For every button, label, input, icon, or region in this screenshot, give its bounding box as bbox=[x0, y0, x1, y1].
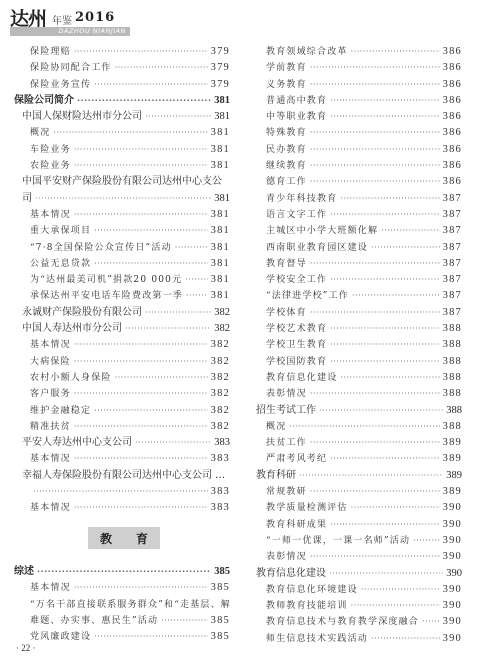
toc-entry-title: 常规教研 bbox=[266, 484, 307, 500]
toc-entry-title: 维护金融稳定 bbox=[30, 403, 91, 419]
toc-entry-page: 381 bbox=[211, 207, 230, 223]
page-number: · 22 · bbox=[16, 643, 36, 653]
toc-entry-page: 383 bbox=[214, 435, 230, 451]
toc-entry[interactable]: 特殊教育386 bbox=[256, 125, 462, 141]
toc-entry-title: 保险公司简介 bbox=[14, 93, 74, 109]
toc-entry[interactable]: 教育信息化建设388 bbox=[256, 370, 462, 386]
toc-entry-page: 388 bbox=[443, 370, 462, 386]
yearbook-header: 达州 年鉴 2016 DAZHOU NIANJIAN bbox=[10, 4, 130, 36]
leader-dots bbox=[310, 60, 440, 76]
toc-right-column: 教育领域综合改革386学前教育386义务教育386普通高中教育386中等职业教育… bbox=[256, 44, 462, 647]
leader-dots bbox=[74, 354, 208, 370]
leader-dots bbox=[371, 631, 440, 647]
toc-entry[interactable]: 保险理赔379 bbox=[14, 44, 230, 60]
toc-entry-title: 重大承保项目 bbox=[30, 223, 91, 239]
banner-char-left: 教 bbox=[100, 530, 112, 547]
leader-dots bbox=[330, 207, 439, 223]
leader-dots bbox=[330, 517, 439, 533]
toc-entry[interactable]: 教师教育技能培训390 bbox=[256, 598, 462, 614]
leader-dots bbox=[53, 125, 207, 141]
leader-dots bbox=[329, 566, 443, 582]
toc-entry[interactable]: 表彰情况388 bbox=[256, 386, 462, 402]
toc-entry-page: 381 bbox=[211, 223, 230, 239]
toc-entry-page: 386 bbox=[443, 109, 462, 125]
toc-entry[interactable]: 维护金融稳定382 bbox=[14, 403, 230, 419]
leader-dots bbox=[115, 60, 208, 76]
toc-entry-title: 平安人寿达州中心支公司 bbox=[22, 435, 132, 451]
toc-entry-page: 381 bbox=[211, 142, 230, 158]
toc-entry-title: 农险业务 bbox=[30, 158, 71, 174]
toc-entry[interactable]: 党风廉政建设385 bbox=[14, 629, 230, 645]
toc-entry-page: 390 bbox=[443, 598, 462, 614]
toc-entry-page: 389 bbox=[446, 468, 462, 484]
toc-entry-title: 表彰情况 bbox=[266, 549, 307, 565]
toc-entry-title: 基本情况 bbox=[30, 451, 71, 467]
toc-entry-title: 综述 bbox=[14, 564, 34, 580]
toc-entry[interactable]: 383 bbox=[14, 484, 230, 500]
leader-dots bbox=[351, 44, 440, 60]
leader-dots bbox=[310, 549, 440, 565]
toc-entry[interactable]: 学前教育386 bbox=[256, 60, 462, 76]
toc-entry-title: 幸福人寿保险股份有限公司达州中心支公司 … bbox=[22, 468, 225, 484]
toc-entry[interactable]: 基本情况381 bbox=[14, 207, 230, 223]
toc-entry[interactable]: 承保达州平安电话车险费改第一季381 bbox=[14, 288, 230, 304]
toc-entry[interactable]: 中国人保财险达州市分公司381 bbox=[14, 109, 230, 125]
toc-entry[interactable]: “7·8全国保险公众宣传日”活动381 bbox=[14, 240, 230, 256]
toc-entry-title: 客户服务 bbox=[30, 386, 71, 402]
toc-entry[interactable]: 概况381 bbox=[14, 125, 230, 141]
toc-entry-title: 教育领域综合改革 bbox=[266, 44, 348, 60]
toc-entry[interactable]: 学校体育387 bbox=[256, 305, 462, 321]
toc-entry-page: 386 bbox=[443, 125, 462, 141]
toc-entry-page: 381 bbox=[211, 158, 230, 174]
toc-entry[interactable]: 重大承保项目381 bbox=[14, 223, 230, 239]
toc-entry[interactable]: 招生考试工作388 bbox=[256, 403, 462, 419]
leader-dots bbox=[74, 500, 208, 516]
toc-entry-page: 382 bbox=[214, 305, 230, 321]
toc-entry[interactable]: 西南职业教育园区建设387 bbox=[256, 240, 462, 256]
leader-dots bbox=[310, 142, 440, 158]
toc-entry-title: 普通高中教育 bbox=[266, 93, 327, 109]
toc-entry-page: 385 bbox=[211, 613, 230, 629]
logo-yearbook-label: 年鉴 bbox=[52, 12, 72, 27]
toc-entry-page: 381 bbox=[214, 191, 230, 207]
toc-entry[interactable]: 表彰情况390 bbox=[256, 549, 462, 565]
leader-dots bbox=[185, 272, 207, 288]
toc-entry[interactable]: 幸福人寿保险股份有限公司达州中心支公司 … bbox=[14, 468, 230, 484]
leader-dots bbox=[361, 582, 440, 598]
toc-entry-title: 教育信息化建设 bbox=[256, 566, 326, 582]
toc-entry-page: 390 bbox=[443, 631, 462, 647]
toc-entry[interactable]: “一师一优课，一课一名师”活动390 bbox=[256, 533, 462, 549]
toc-entry[interactable]: 教学质量检测评估390 bbox=[256, 500, 462, 516]
leader-dots bbox=[352, 288, 440, 304]
toc-entry-title: 基本情况 bbox=[30, 580, 71, 596]
leader-dots bbox=[413, 533, 439, 549]
leader-dots bbox=[77, 93, 211, 109]
toc-entry[interactable]: 基本情况385 bbox=[14, 580, 230, 596]
leader-dots bbox=[310, 125, 440, 141]
leader-dots bbox=[175, 240, 208, 256]
toc-entry-title: 学校安全工作 bbox=[266, 272, 327, 288]
toc-entry-title: 学校国防教育 bbox=[266, 354, 327, 370]
toc-entry-page: 382 bbox=[211, 419, 230, 435]
toc-entry-page: 381 bbox=[211, 272, 230, 288]
toc-entry-title: 公益无息贷款 bbox=[30, 256, 91, 272]
toc-entry[interactable]: 综述385 bbox=[14, 564, 230, 580]
leader-dots bbox=[310, 484, 440, 500]
toc-entry-title: 教育督导 bbox=[266, 256, 307, 272]
toc-entry-title: 精准扶贫 bbox=[30, 419, 71, 435]
toc-entry-title: 中等职业教育 bbox=[266, 109, 327, 125]
toc-entry-title: 保险业务宣传 bbox=[30, 77, 91, 93]
leader-dots bbox=[330, 272, 439, 288]
toc-entry[interactable]: 农险业务381 bbox=[14, 158, 230, 174]
toc-entry[interactable]: 教育督导387 bbox=[256, 256, 462, 272]
toc-entry-title: 扶贫工作 bbox=[266, 435, 307, 451]
toc-entry-page: 388 bbox=[446, 403, 462, 419]
toc-entry[interactable]: 教育领域综合改革386 bbox=[256, 44, 462, 60]
toc-entry-title: 招生考试工作 bbox=[256, 403, 316, 419]
toc-entry[interactable]: 基本情况382 bbox=[14, 337, 230, 353]
toc-entry-title: 教育信息化环境建设 bbox=[266, 582, 358, 598]
leader-dots bbox=[351, 500, 440, 516]
leader-dots bbox=[33, 484, 208, 500]
toc-entry-page: 388 bbox=[443, 337, 462, 353]
toc-entry-title: 概况 bbox=[30, 125, 50, 141]
toc-entry[interactable]: 学校艺术教育388 bbox=[256, 321, 462, 337]
toc-entry-page: 382 bbox=[211, 337, 230, 353]
leader-dots bbox=[115, 370, 208, 386]
section-banner-education: 教 育 bbox=[88, 527, 160, 549]
leader-dots bbox=[74, 207, 208, 223]
toc-entry[interactable]: 义务教育386 bbox=[256, 77, 462, 93]
toc-entry[interactable]: 保险业务宣传379 bbox=[14, 77, 230, 93]
toc-entry-page: 388 bbox=[443, 386, 462, 402]
leader-dots bbox=[145, 109, 211, 125]
toc-entry-title: 车险业务 bbox=[30, 142, 71, 158]
toc-entry-page: 386 bbox=[443, 174, 462, 190]
toc-entry[interactable]: 中国平安财产保险股份有限公司达州中心支公 bbox=[14, 174, 230, 190]
toc-entry-title: 概况 bbox=[266, 419, 286, 435]
toc-entry-page: 387 bbox=[443, 223, 462, 239]
leader-dots bbox=[74, 337, 208, 353]
leader-dots bbox=[371, 240, 440, 256]
toc-entry-page: 383 bbox=[211, 484, 230, 500]
toc-entry-page: 386 bbox=[443, 44, 462, 60]
toc-entry-page: 385 bbox=[211, 629, 230, 645]
leader-dots bbox=[422, 614, 440, 630]
toc-entry-page: 381 bbox=[211, 240, 230, 256]
toc-entry[interactable]: 学校国防教育388 bbox=[256, 354, 462, 370]
toc-entry[interactable]: 主城区中小学大班额化解387 bbox=[256, 223, 462, 239]
toc-entry-title: 基本情况 bbox=[30, 207, 71, 223]
leader-dots bbox=[74, 386, 208, 402]
toc-entry-page: 388 bbox=[443, 321, 462, 337]
toc-entry[interactable]: 德育工作386 bbox=[256, 174, 462, 190]
toc-entry[interactable]: 精准扶贫382 bbox=[14, 419, 230, 435]
toc-entry[interactable]: 大病保险382 bbox=[14, 354, 230, 370]
leader-dots bbox=[330, 321, 439, 337]
toc-entry-title: 教学质量检测评估 bbox=[266, 500, 348, 516]
toc-entry-page: 383 bbox=[211, 451, 230, 467]
toc-entry[interactable]: “法律进学校”工作387 bbox=[256, 288, 462, 304]
leader-dots bbox=[74, 580, 208, 596]
leader-dots bbox=[381, 223, 439, 239]
toc-entry-page: 379 bbox=[211, 77, 230, 93]
toc-entry-page: 381 bbox=[211, 256, 230, 272]
leader-dots bbox=[74, 419, 208, 435]
leader-dots bbox=[94, 77, 207, 93]
leader-dots bbox=[330, 354, 439, 370]
leader-dots bbox=[74, 158, 208, 174]
toc-entry-page: 390 bbox=[443, 614, 462, 630]
leader-dots bbox=[330, 109, 439, 125]
leader-dots bbox=[94, 629, 207, 645]
logo-year: 2016 bbox=[75, 10, 115, 25]
toc-entry-title: 教育信息化建设 bbox=[266, 370, 337, 386]
leader-dots bbox=[299, 468, 443, 484]
toc-entry[interactable]: 学校安全工作387 bbox=[256, 272, 462, 288]
toc-entry[interactable]: 语言文字工作387 bbox=[256, 207, 462, 223]
toc-entry-title: 难题、办实事、惠民生”活动 bbox=[30, 613, 158, 629]
toc-entry[interactable]: 为“达州最美司机”捐款20 000元381 bbox=[14, 272, 230, 288]
toc-entry[interactable]: 继续教育386 bbox=[256, 158, 462, 174]
toc-entry-title: 保险理赔 bbox=[30, 44, 71, 60]
toc-entry-page: 386 bbox=[443, 93, 462, 109]
toc-entry[interactable]: 公益无息贷款381 bbox=[14, 256, 230, 272]
toc-entry-title: 教育科研成果 bbox=[266, 517, 327, 533]
toc-entry[interactable]: 概况388 bbox=[256, 419, 462, 435]
toc-entry-title: 基本情况 bbox=[30, 337, 71, 353]
toc-entry-title: 西南职业教育园区建设 bbox=[266, 240, 368, 256]
toc-entry-page: 390 bbox=[446, 566, 462, 582]
leader-dots bbox=[330, 337, 439, 353]
toc-entry[interactable]: 普通高中教育386 bbox=[256, 93, 462, 109]
leader-dots bbox=[340, 191, 439, 207]
leader-dots bbox=[37, 564, 211, 580]
toc-entry-title: 中国人保财险达州市分公司 bbox=[22, 109, 142, 125]
toc-entry[interactable]: 难题、办实事、惠民生”活动385 bbox=[14, 613, 230, 629]
leader-dots bbox=[340, 370, 439, 386]
leader-dots bbox=[125, 321, 211, 337]
toc-entry-title: 学校体育 bbox=[266, 305, 307, 321]
toc-entry-title: 司 bbox=[22, 191, 32, 207]
toc-entry[interactable]: 司381 bbox=[14, 191, 230, 207]
toc-entry[interactable]: 基本情况383 bbox=[14, 451, 230, 467]
leader-dots bbox=[310, 174, 440, 190]
toc-entry-page: 387 bbox=[443, 191, 462, 207]
leader-dots bbox=[94, 256, 207, 272]
toc-entry-title: 师生信息技术实践活动 bbox=[266, 631, 368, 647]
toc-entry-title: 中国人寿达州市分公司 bbox=[22, 321, 122, 337]
toc-entry-page: 382 bbox=[211, 370, 230, 386]
toc-entry-page: 388 bbox=[443, 419, 462, 435]
leader-dots bbox=[310, 77, 440, 93]
leader-dots bbox=[351, 598, 440, 614]
toc-entry[interactable]: 教育科研389 bbox=[256, 468, 462, 484]
toc-entry-title: “法律进学校”工作 bbox=[266, 288, 349, 304]
toc-entry[interactable]: 保险协同配合工作379 bbox=[14, 60, 230, 76]
toc-left-column-education: 综述385基本情况385“万名干部直接联系服务群众”和“走基层、解难题、办实事、… bbox=[14, 564, 230, 645]
leader-dots bbox=[35, 191, 211, 207]
toc-entry-page: 390 bbox=[443, 582, 462, 598]
toc-entry-title: 永诚财产保险股份有限公司 bbox=[22, 305, 142, 321]
toc-entry-title: 德育工作 bbox=[266, 174, 307, 190]
toc-entry-page: 386 bbox=[443, 142, 462, 158]
toc-entry[interactable]: 青少年科技教育387 bbox=[256, 191, 462, 207]
toc-entry-title: 中国平安财产保险股份有限公司达州中心支公 bbox=[22, 174, 222, 190]
toc-entry-title: 教师教育技能培训 bbox=[266, 598, 348, 614]
toc-entry-title: 主城区中小学大班额化解 bbox=[266, 223, 378, 239]
leader-dots bbox=[161, 613, 207, 629]
toc-entry[interactable]: 常规教研389 bbox=[256, 484, 462, 500]
toc-entry-page: 382 bbox=[211, 354, 230, 370]
toc-entry-title: 农村小额人身保险 bbox=[30, 370, 112, 386]
toc-entry-title: “7·8全国保险公众宣传日”活动 bbox=[30, 240, 172, 256]
toc-entry-page: 379 bbox=[211, 44, 230, 60]
toc-entry-page: 389 bbox=[443, 451, 462, 467]
toc-entry[interactable]: 教育信息化建设390 bbox=[256, 566, 462, 582]
toc-entry-page: 381 bbox=[214, 93, 230, 109]
toc-entry-title: 继续教育 bbox=[266, 158, 307, 174]
toc-entry[interactable]: 民办教育386 bbox=[256, 142, 462, 158]
toc-entry[interactable]: 永诚财产保险股份有限公司382 bbox=[14, 305, 230, 321]
toc-entry-title: 表彰情况 bbox=[266, 386, 307, 402]
toc-entry-page: 381 bbox=[211, 288, 230, 304]
leader-dots bbox=[94, 403, 207, 419]
toc-entry-page: 386 bbox=[443, 158, 462, 174]
leader-dots bbox=[310, 386, 440, 402]
toc-entry-page: 390 bbox=[443, 517, 462, 533]
toc-entry[interactable]: 教育信息化环境建设390 bbox=[256, 582, 462, 598]
toc-entry-title: 严肃考风考纪 bbox=[266, 451, 327, 467]
toc-entry-page: 389 bbox=[443, 484, 462, 500]
toc-entry-page: 386 bbox=[443, 60, 462, 76]
leader-dots bbox=[289, 419, 439, 435]
toc-entry-title: 保险协同配合工作 bbox=[30, 60, 112, 76]
banner-char-right: 育 bbox=[136, 530, 148, 547]
toc-entry-page: 386 bbox=[443, 77, 462, 93]
toc-entry-page: 388 bbox=[443, 354, 462, 370]
toc-entry-page: 387 bbox=[443, 288, 462, 304]
toc-entry[interactable]: 严肃考风考纪389 bbox=[256, 451, 462, 467]
leader-dots bbox=[330, 93, 439, 109]
toc-entry-page: 382 bbox=[211, 386, 230, 402]
toc-entry[interactable]: 车险业务381 bbox=[14, 142, 230, 158]
leader-dots bbox=[310, 256, 440, 272]
toc-entry-title: 教育信息技术与教育教学深度融合 bbox=[266, 614, 419, 630]
leader-dots bbox=[310, 305, 440, 321]
toc-entry-title: 基本情况 bbox=[30, 500, 71, 516]
toc-entry-page: 381 bbox=[211, 125, 230, 141]
toc-entry-page: 387 bbox=[443, 207, 462, 223]
toc-entry[interactable]: 师生信息技术实践活动390 bbox=[256, 631, 462, 647]
toc-entry[interactable]: 客户服务382 bbox=[14, 386, 230, 402]
leader-dots bbox=[310, 158, 440, 174]
leader-dots bbox=[145, 305, 211, 321]
toc-entry-page: 387 bbox=[443, 305, 462, 321]
toc-entry-title: 义务教育 bbox=[266, 77, 307, 93]
toc-entry-page: 379 bbox=[211, 60, 230, 76]
toc-entry-page: 387 bbox=[443, 240, 462, 256]
toc-entry-title: 党风廉政建设 bbox=[30, 629, 91, 645]
toc-entry[interactable]: 平安人寿达州中心支公司383 bbox=[14, 435, 230, 451]
toc-entry[interactable]: 教育科研成果390 bbox=[256, 517, 462, 533]
toc-entry-page: 383 bbox=[211, 500, 230, 516]
leader-dots bbox=[330, 451, 439, 467]
toc-entry-title: 大病保险 bbox=[30, 354, 71, 370]
leader-dots bbox=[94, 223, 207, 239]
toc-entry-title: “万名干部直接联系服务群众”和“走基层、解 bbox=[30, 597, 231, 613]
toc-entry-title: 为“达州最美司机”捐款20 000元 bbox=[30, 272, 182, 288]
toc-entry-title: 承保达州平安电话车险费改第一季 bbox=[30, 288, 183, 304]
toc-entry-page: 390 bbox=[443, 549, 462, 565]
toc-entry[interactable]: 教育信息技术与教育教学深度融合390 bbox=[256, 614, 462, 630]
toc-entry[interactable]: 农村小额人身保险382 bbox=[14, 370, 230, 386]
toc-entry-page: 385 bbox=[211, 580, 230, 596]
leader-dots bbox=[319, 403, 443, 419]
toc-entry-title: 特殊教育 bbox=[266, 125, 307, 141]
toc-entry[interactable]: 基本情况383 bbox=[14, 500, 230, 516]
toc-entry[interactable]: 学校卫生教育388 bbox=[256, 337, 462, 353]
toc-entry-page: 390 bbox=[443, 533, 462, 549]
leader-dots bbox=[74, 451, 208, 467]
toc-entry-title: 学校卫生教育 bbox=[266, 337, 327, 353]
toc-entry-page: 382 bbox=[211, 403, 230, 419]
logo-pinyin-bar: DAZHOU NIANJIAN bbox=[10, 27, 130, 36]
leader-dots bbox=[74, 44, 208, 60]
toc-entry-page: 389 bbox=[443, 435, 462, 451]
toc-entry-title: 语言文字工作 bbox=[266, 207, 327, 223]
toc-entry-page: 382 bbox=[214, 321, 230, 337]
leader-dots bbox=[310, 435, 440, 451]
toc-entry[interactable]: 保险公司简介381 bbox=[14, 93, 230, 109]
toc-left-column: 保险理赔379保险协同配合工作379保险业务宣传379保险公司简介381中国人保… bbox=[14, 44, 230, 517]
leader-dots bbox=[135, 435, 211, 451]
toc-entry-title: 教育科研 bbox=[256, 468, 296, 484]
toc-entry-title: 学校艺术教育 bbox=[266, 321, 327, 337]
leader-dots bbox=[74, 142, 208, 158]
toc-entry[interactable]: 扶贫工作389 bbox=[256, 435, 462, 451]
toc-entry[interactable]: “万名干部直接联系服务群众”和“走基层、解 bbox=[14, 597, 230, 613]
toc-entry-title: “一师一优课，一课一名师”活动 bbox=[266, 533, 410, 549]
toc-entry-title: 民办教育 bbox=[266, 142, 307, 158]
leader-dots bbox=[186, 288, 208, 304]
toc-entry-page: 381 bbox=[214, 109, 230, 125]
toc-entry-page: 385 bbox=[214, 564, 230, 580]
toc-entry-page: 387 bbox=[443, 272, 462, 288]
toc-entry-title: 青少年科技教育 bbox=[266, 191, 337, 207]
toc-entry-page: 387 bbox=[443, 256, 462, 272]
toc-entry-title: 学前教育 bbox=[266, 60, 307, 76]
toc-entry-page: 390 bbox=[443, 500, 462, 516]
toc-entry[interactable]: 中等职业教育386 bbox=[256, 109, 462, 125]
toc-entry[interactable]: 中国人寿达州市分公司382 bbox=[14, 321, 230, 337]
